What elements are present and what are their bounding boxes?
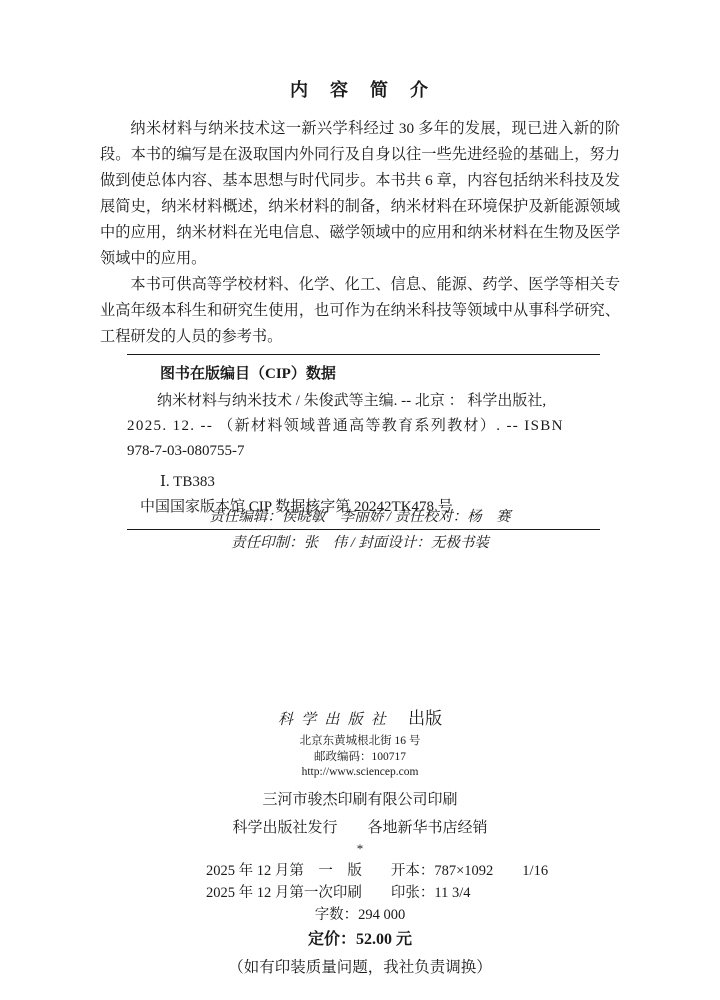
intro-paragraph-2: 本书可供高等学校材料、化学、化工、信息、能源、药学、医学等相关专业高年级本科生和… — [100, 272, 620, 350]
publisher-line: 科学出版社出版 — [0, 704, 720, 729]
intro-heading: 内 容 简 介 — [100, 76, 620, 102]
credits-editors-line: 责任编辑：侯晓敏 李丽娇 / 责任校对：杨 赛 — [0, 504, 720, 530]
publisher-suffix: 出版 — [408, 709, 442, 728]
publisher-address: 北京东黄城根北街 16 号 — [0, 734, 720, 750]
publisher-postcode: 邮政编码：100717 — [0, 750, 720, 766]
credits-section: 责任编辑：侯晓敏 李丽娇 / 责任校对：杨 赛 责任印制：张 伟 / 封面设计：… — [0, 504, 720, 556]
cip-record-line-2: 2025. 12. -- （新材料领域普通高等教育系列教材）. -- ISBN — [127, 414, 600, 439]
intro-paragraph-1: 纳米材料与纳米技术这一新兴学科经过 30 多年的发展，现已进入新的阶段。本书的编… — [100, 116, 620, 272]
edition-line: 2025 年 12 月第 一 版 开本：787×1092 1/16 — [206, 860, 566, 883]
printer-line: 三河市骏杰印刷有限公司印刷 — [0, 788, 720, 809]
cip-record-line-3: 978-7-03-080755-7 — [127, 439, 600, 464]
cip-classification: Ⅰ. TB383 — [127, 470, 600, 495]
cip-heading: 图书在版编目（CIP）数据 — [127, 362, 600, 387]
cip-record-line-1: 纳米材料与纳米技术 / 朱俊武等主编. -- 北京 ： 科学出版社, — [127, 389, 600, 414]
word-count-line: 字数：294 000 — [0, 905, 720, 926]
copyright-page: 内 容 简 介 纳米材料与纳米技术这一新兴学科经过 30 多年的发展，现已进入新… — [0, 0, 720, 1000]
colophon-section: 科学出版社出版 北京东黄城根北街 16 号 邮政编码：100717 http:/… — [0, 704, 720, 980]
publisher-logo-text: 科学出版社 — [278, 712, 394, 728]
credits-printing-design-line: 责任印制：张 伟 / 封面设计：无极书装 — [0, 530, 720, 556]
distribution-line: 科学出版社发行 各地新华书店经销 — [0, 816, 720, 837]
publisher-website: http://www.sciencep.com — [0, 765, 720, 781]
separator-asterisk: * — [0, 840, 720, 858]
intro-section: 内 容 简 介 纳米材料与纳米技术这一新兴学科经过 30 多年的发展，现已进入新… — [100, 76, 620, 350]
cip-content: 图书在版编目（CIP）数据 纳米材料与纳米技术 / 朱俊武等主编. -- 北京 … — [127, 355, 600, 529]
quality-notice-line: （如有印装质量问题，我社负责调换） — [0, 956, 720, 980]
edition-block: 2025 年 12 月第 一 版 开本：787×1092 1/16 2025 年… — [206, 860, 566, 905]
printing-line: 2025 年 12 月第一次印刷 印张：11 3/4 — [206, 882, 566, 905]
price-line: 定价：52.00 元 — [0, 928, 720, 952]
